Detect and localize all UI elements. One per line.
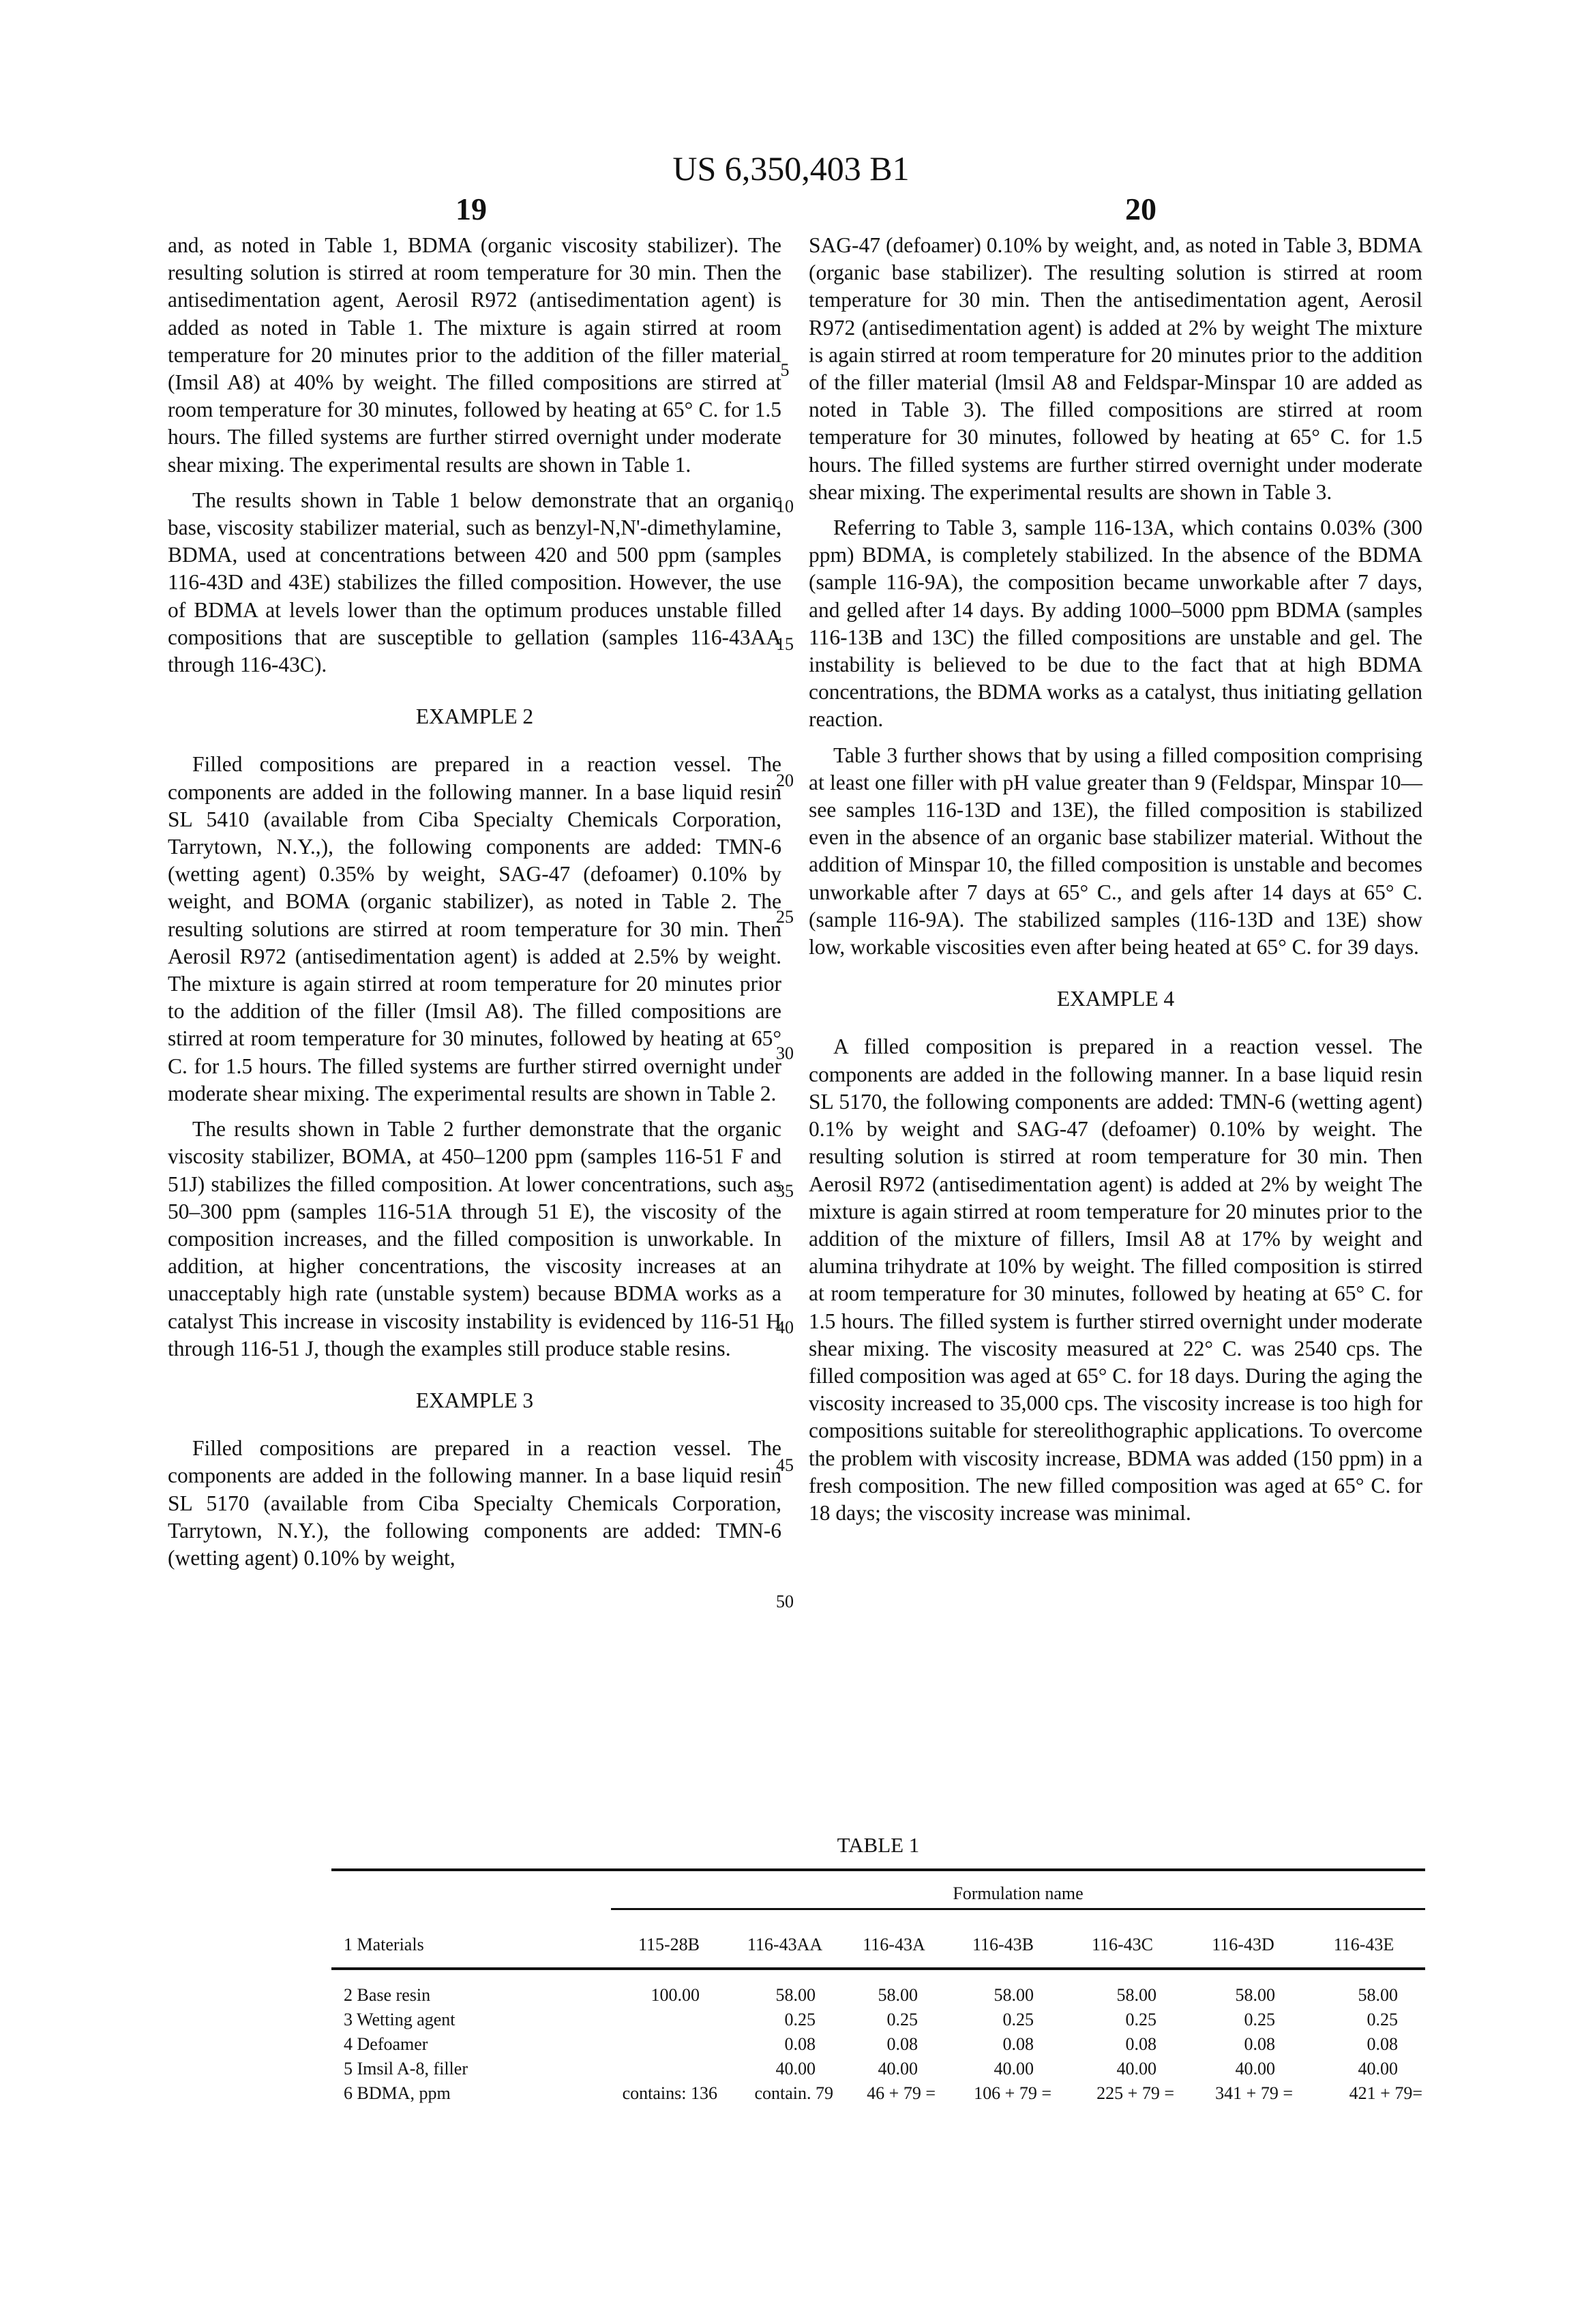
cell: 40.00	[1061, 2057, 1184, 2081]
line-number: 5	[768, 360, 802, 381]
cell: 0.08	[727, 2032, 843, 2057]
left-text-column: and, as noted in Table 1, BDMA (organic …	[168, 232, 781, 1580]
cell: 40.00	[945, 2057, 1061, 2081]
table-row: 5 Imsil A-8, filler 40.00 40.00 40.00 40…	[331, 2057, 1425, 2081]
row-label: 3 Wetting agent	[331, 2008, 611, 2032]
line-number: 15	[768, 634, 802, 655]
example-2-heading: EXAMPLE 2	[168, 703, 781, 730]
cell: 0.25	[727, 2008, 843, 2032]
table-1-grid: Formulation name 1 Materials 115-28B 116…	[331, 1871, 1425, 2106]
paragraph: SAG-47 (defoamer) 0.10% by weight, and, …	[809, 232, 1422, 506]
table-title: TABLE 1	[331, 1833, 1425, 1858]
table-1: TABLE 1 Formulation name 1 Materials 115…	[331, 1833, 1425, 2106]
paragraph: The results shown in Table 1 below demon…	[168, 487, 781, 679]
line-number: 20	[768, 771, 802, 791]
column-header: 116-43AA	[727, 1910, 843, 1967]
cell: 0.08	[1061, 2032, 1184, 2057]
cell: 58.00	[843, 1970, 945, 2008]
cell	[611, 2032, 727, 2057]
cell: 58.00	[1061, 1970, 1184, 2008]
right-text-column: SAG-47 (defoamer) 0.10% by weight, and, …	[809, 232, 1422, 1535]
cell: 58.00	[945, 1970, 1061, 2008]
line-number: 30	[768, 1043, 802, 1064]
cell: 46 + 79 =	[843, 2081, 945, 2106]
table-header-row: 1 Materials 115-28B 116-43AA 116-43A 116…	[331, 1910, 1425, 1967]
row-label: 5 Imsil A-8, filler	[331, 2057, 611, 2081]
cell: 0.08	[1184, 2032, 1302, 2057]
column-header: 116-43B	[945, 1910, 1061, 1967]
line-number: 35	[768, 1181, 802, 1202]
cell: 58.00	[727, 1970, 843, 2008]
cell: 100.00	[611, 1970, 727, 2008]
group-header: Formulation name	[611, 1871, 1425, 1908]
cell	[611, 2057, 727, 2081]
cell: 0.25	[1302, 2008, 1425, 2032]
column-header: 116-43C	[1061, 1910, 1184, 1967]
line-number: 50	[768, 1592, 802, 1612]
line-number: 10	[768, 496, 802, 517]
cell: 0.25	[1184, 2008, 1302, 2032]
paragraph: The results shown in Table 2 further dem…	[168, 1116, 781, 1362]
cell: 58.00	[1184, 1970, 1302, 2008]
column-header: 116-43D	[1184, 1910, 1302, 1967]
paragraph: and, as noted in Table 1, BDMA (organic …	[168, 232, 781, 479]
cell: 0.25	[1061, 2008, 1184, 2032]
row-label: 4 Defoamer	[331, 2032, 611, 2057]
table-row: 3 Wetting agent 0.25 0.25 0.25 0.25 0.25…	[331, 2008, 1425, 2032]
line-number: 25	[768, 907, 802, 927]
table-row: 4 Defoamer 0.08 0.08 0.08 0.08 0.08 0.08	[331, 2032, 1425, 2057]
paragraph: Filled compositions are prepared in a re…	[168, 1435, 781, 1572]
cell: 40.00	[1184, 2057, 1302, 2081]
column-number-left: 19	[456, 191, 487, 227]
cell: contain. 79	[727, 2081, 843, 2106]
row-label: 6 BDMA, ppm	[331, 2081, 611, 2106]
paragraph: Filled compositions are prepared in a re…	[168, 751, 781, 1107]
column-header: 115-28B	[611, 1910, 727, 1967]
example-3-heading: EXAMPLE 3	[168, 1387, 781, 1414]
cell: 225 + 79 =	[1061, 2081, 1184, 2106]
cell: 0.08	[843, 2032, 945, 2057]
cell: 0.25	[945, 2008, 1061, 2032]
row-label: 2 Base resin	[331, 1970, 611, 2008]
cell: 40.00	[727, 2057, 843, 2081]
cell	[611, 2008, 727, 2032]
cell: 421 + 79=	[1302, 2081, 1425, 2106]
cell: 40.00	[843, 2057, 945, 2081]
line-number: 45	[768, 1455, 802, 1476]
paragraph: Table 3 further shows that by using a fi…	[809, 742, 1422, 962]
paragraph: Referring to Table 3, sample 116-13A, wh…	[809, 514, 1422, 734]
table-row: 2 Base resin 100.00 58.00 58.00 58.00 58…	[331, 1970, 1425, 2008]
column-header: 116-43A	[843, 1910, 945, 1967]
line-number: 40	[768, 1317, 802, 1338]
cell: 58.00	[1302, 1970, 1425, 2008]
cell: 0.08	[1302, 2032, 1425, 2057]
cell: 106 + 79 =	[945, 2081, 1061, 2106]
paragraph: A filled composition is prepared in a re…	[809, 1033, 1422, 1527]
column-number-right: 20	[1125, 191, 1156, 227]
example-4-heading: EXAMPLE 4	[809, 985, 1422, 1013]
column-header: 1 Materials	[331, 1910, 611, 1967]
cell: contains: 136	[611, 2081, 727, 2106]
cell: 40.00	[1302, 2057, 1425, 2081]
cell: 0.25	[843, 2008, 945, 2032]
cell: 0.08	[945, 2032, 1061, 2057]
table-row: 6 BDMA, ppm contains: 136 contain. 79 46…	[331, 2081, 1425, 2106]
column-header: 116-43E	[1302, 1910, 1425, 1967]
patent-number: US 6,350,403 B1	[0, 149, 1582, 188]
cell: 341 + 79 =	[1184, 2081, 1302, 2106]
